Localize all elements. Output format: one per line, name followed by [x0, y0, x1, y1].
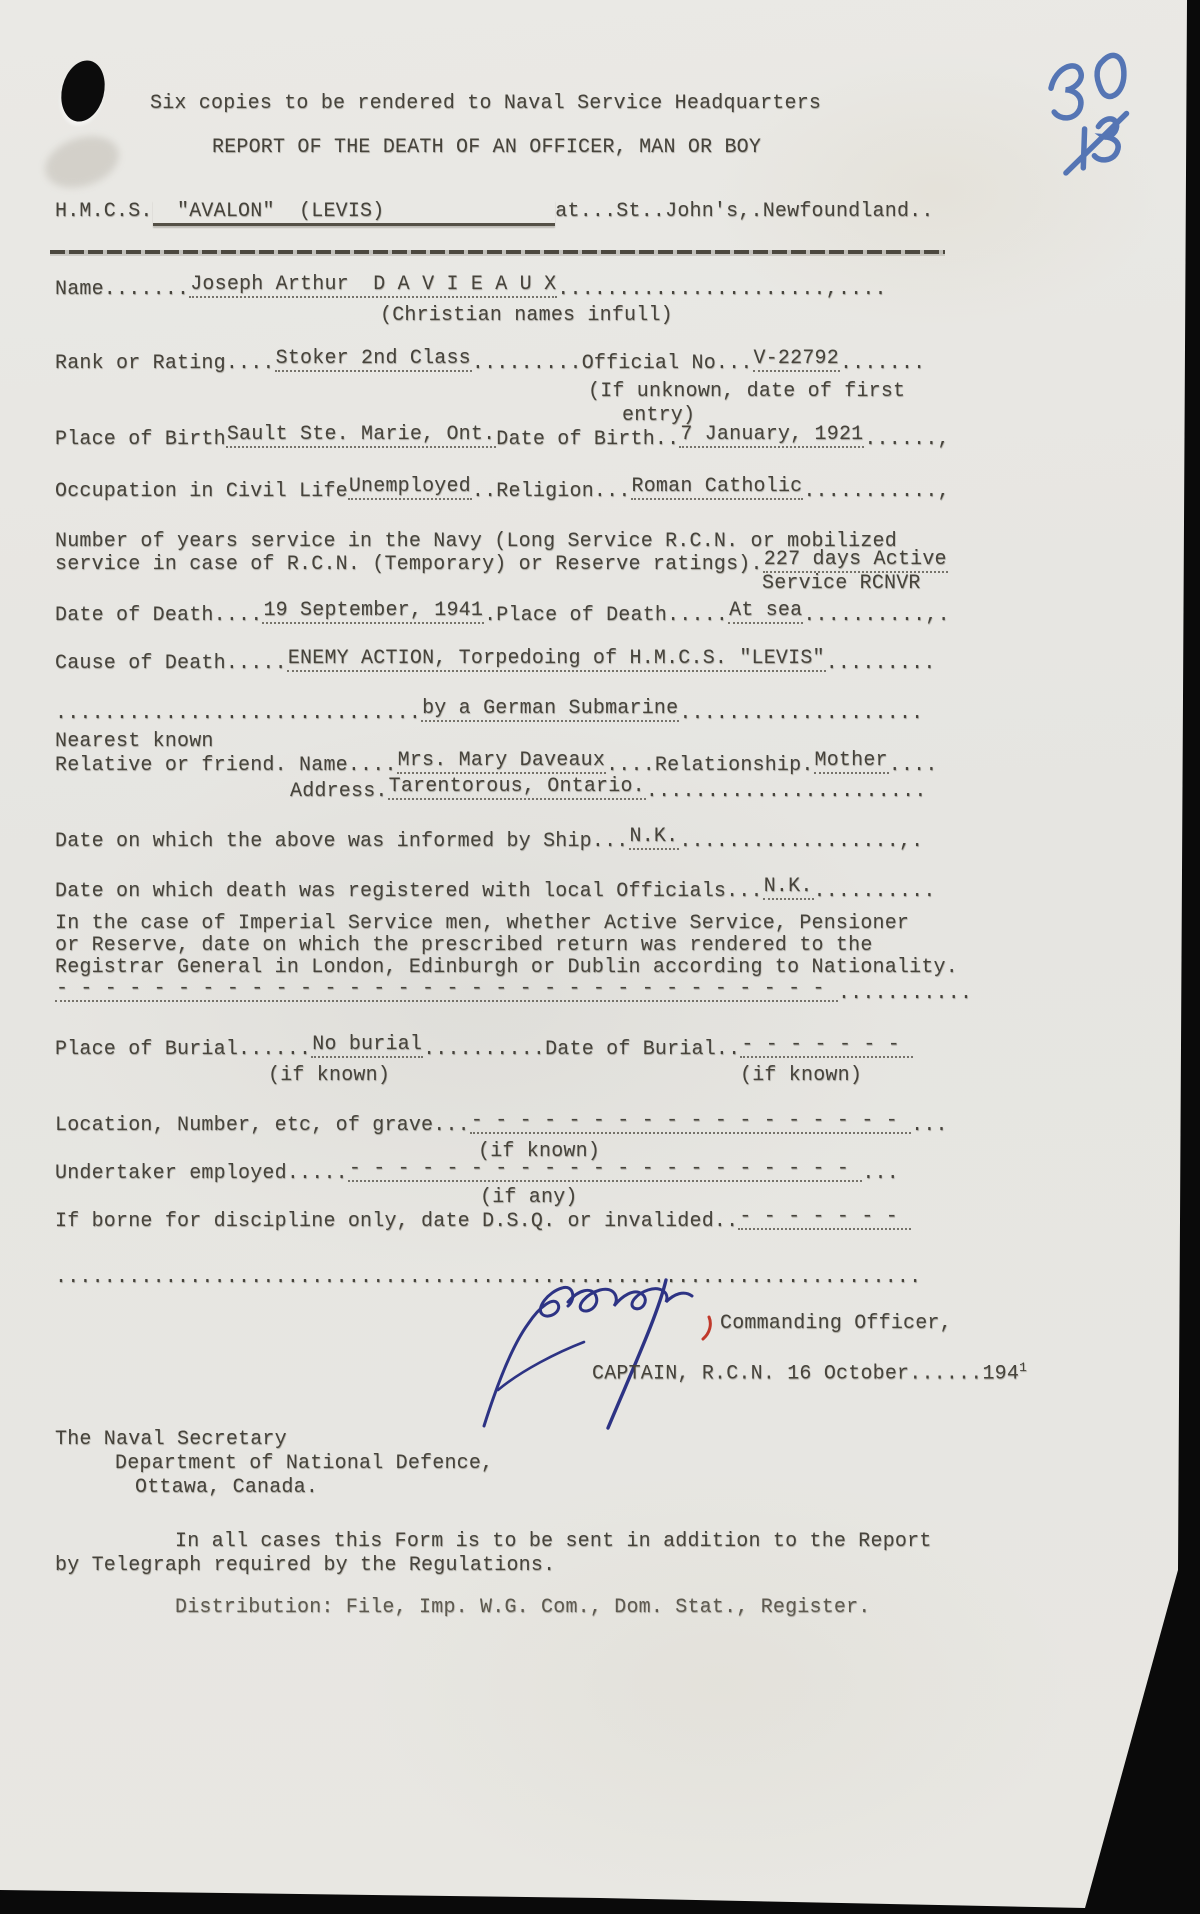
- field-cause: Cause of Death.....ENEMY ACTION, Torpedo…: [55, 652, 936, 676]
- field-birth: Place of BirthSault Ste. Marie, Ont.Date…: [55, 428, 950, 452]
- imperial-line1: In the case of Imperial Service men, whe…: [55, 912, 909, 936]
- cause-dots: .........: [826, 652, 936, 675]
- burial-note-left: (if known): [268, 1064, 390, 1088]
- rank-dots: .......: [840, 352, 925, 375]
- field-cause-line2: ..............................by a Germa…: [55, 702, 923, 726]
- address-value: Tarentorous, Ontario.: [388, 775, 646, 800]
- undertaker-dots: ...: [862, 1162, 899, 1185]
- name-note: (Christian names infull): [380, 304, 673, 328]
- discipline-value: - - - - - - -: [738, 1205, 911, 1230]
- official-no-label: .........Official No...: [472, 352, 753, 375]
- imperial-line2-text: or Reserve, date on which the prescribed…: [55, 934, 873, 957]
- imperial-dots: ...........: [838, 982, 972, 1005]
- occupation-dots: ...........,: [803, 480, 949, 503]
- ship-name: "AVALON" (LEVIS): [153, 200, 556, 226]
- footer-paragraph-1-text: In all cases this Form is to be sent in …: [175, 1530, 932, 1553]
- field-registered: Date on which death was registered with …: [55, 880, 936, 904]
- commanding-officer-text: Commanding Officer,: [720, 1312, 952, 1335]
- imperial-line2: or Reserve, date on which the prescribed…: [55, 934, 873, 958]
- footer-paragraph-2-text: by Telegraph required by the Regulations…: [55, 1554, 555, 1577]
- cause2-dots: ....................: [679, 702, 923, 725]
- grave-label: Location, Number, etc, of grave...: [55, 1114, 470, 1137]
- rank-value: Stoker 2nd Class: [275, 347, 472, 372]
- field-ship: H.M.C.S. "AVALON" (LEVIS) at...St..John'…: [55, 200, 934, 224]
- service-value2: Service RCNVR: [762, 572, 921, 595]
- imperial-dashes: - - - - - - - - - - - - - - - - - - - - …: [55, 977, 838, 1002]
- red-comma-mark: [700, 1315, 714, 1341]
- paper-sheet: Six copies to be rendered to Naval Servi…: [0, 0, 1200, 1914]
- field-informed: Date on which the above was informed by …: [55, 830, 923, 854]
- grave-value: - - - - - - - - - - - - - - - - - -: [470, 1109, 911, 1134]
- document-title: REPORT OF THE DEATH OF AN OFFICER, MAN O…: [212, 136, 761, 160]
- digit-0: [1094, 54, 1128, 98]
- paper-smudge: [38, 127, 125, 196]
- field-occupation: Occupation in Civil LifeUnemployed..Reli…: [55, 480, 950, 504]
- field-death: Date of Death....19 September, 1941.Plac…: [55, 604, 950, 628]
- divider-rule: [50, 250, 945, 254]
- birth-place-value: Sault Ste. Marie, Ont.: [226, 423, 496, 448]
- distribution-text: Distribution: File, Imp. W.G. Com., Dom.…: [175, 1596, 871, 1619]
- field-service-line3: Service RCNVR: [762, 572, 921, 596]
- imperial-line3-text: Registrar General in London, Edinburgh o…: [55, 956, 958, 979]
- scanned-document: Six copies to be rendered to Naval Servi…: [0, 0, 1200, 1914]
- name-label: Name.......: [55, 278, 189, 301]
- name-dots: ......................,....: [557, 278, 886, 301]
- birth-date-label: Date of Birth..: [496, 428, 679, 451]
- burial-date-label: Date of Burial..: [545, 1038, 740, 1061]
- strike-through: [1058, 113, 1135, 172]
- relationship-label: ....Relationship.: [606, 754, 813, 777]
- death-date-value: 19 September, 1941: [262, 599, 484, 624]
- field-name: Name.......Joseph Arthur D A V I E A U X…: [55, 278, 887, 302]
- ship-label: H.M.C.S.: [55, 200, 153, 223]
- relationship-value: Mother: [814, 749, 889, 774]
- captain-line-text: CAPTAIN, R.C.N. 16 October......194: [592, 1363, 1019, 1386]
- informed-dots: ..................,.: [679, 830, 923, 853]
- field-address: Address.Tarentorous, Ontario............…: [290, 780, 927, 804]
- death-date-label: Date of Death....: [55, 604, 262, 627]
- document-title-text: REPORT OF THE DEATH OF AN OFFICER, MAN O…: [212, 136, 761, 159]
- burial-date-value: - - - - - - -: [740, 1033, 913, 1058]
- field-rank: Rank or Rating....Stoker 2nd Class......…: [55, 352, 925, 376]
- official-no-value: V-22792: [753, 347, 840, 372]
- cause-value: ENEMY ACTION, Torpedoing of H.M.C.S. "LE…: [287, 647, 826, 672]
- commanding-officer-label: Commanding Officer,: [720, 1312, 952, 1336]
- informed-value: N.K.: [629, 825, 680, 850]
- birth-date-value: 7 January, 1921: [679, 423, 864, 448]
- burial-note-right-text: (if known): [740, 1064, 862, 1087]
- digit-3: [1047, 64, 1088, 120]
- punch-hole: [55, 56, 111, 126]
- field-undertaker: Undertaker employed.....- - - - - - - - …: [55, 1162, 899, 1186]
- footer-paragraph-2: by Telegraph required by the Regulations…: [55, 1554, 555, 1578]
- rank-label: Rank or Rating....: [55, 352, 275, 375]
- discipline-label: If borne for discipline only, date D.S.Q…: [55, 1210, 738, 1233]
- cause2-lead-dots: ..............................: [55, 702, 421, 725]
- captain-year-superscript: 1: [1019, 1360, 1027, 1375]
- commanding-officer-signature: [462, 1240, 712, 1435]
- handwritten-page-number: [1025, 42, 1175, 177]
- name-note-text: (Christian names infull): [380, 304, 673, 327]
- registered-label: Date on which death was registered with …: [55, 880, 763, 903]
- birth-dots: ......,: [864, 428, 949, 451]
- registered-value: N.K.: [763, 875, 814, 900]
- footer-addressee-2: Department of National Defence,: [115, 1452, 493, 1476]
- relative-name-value: Mrs. Mary Daveaux: [397, 749, 606, 774]
- captain-line: CAPTAIN, R.C.N. 16 October......1941: [592, 1356, 1027, 1387]
- registered-dots: ..........: [814, 880, 936, 903]
- field-grave: Location, Number, etc, of grave...- - - …: [55, 1114, 948, 1138]
- footer-addressee-1: The Naval Secretary: [55, 1428, 287, 1452]
- cause-label: Cause of Death.....: [55, 652, 287, 675]
- address-label: Address.: [290, 780, 388, 803]
- service-value: 227 days Active: [763, 548, 948, 573]
- address-dots: .......................: [646, 780, 927, 803]
- footer-addressee-1-text: The Naval Secretary: [55, 1428, 287, 1451]
- grave-dots: ...: [911, 1114, 948, 1137]
- footer-addressee-2-text: Department of National Defence,: [115, 1452, 493, 1475]
- field-burial: Place of Burial......No burial..........…: [55, 1038, 913, 1062]
- name-value: Joseph Arthur D A V I E A U X: [189, 273, 557, 298]
- rank-note-1: (If unknown, date of first: [588, 380, 905, 404]
- religion-value: Roman Catholic: [631, 475, 804, 500]
- footer-addressee-3-text: Ottawa, Canada.: [135, 1476, 318, 1499]
- death-dots: ..........,.: [803, 604, 949, 627]
- religion-label: ..Religion...: [472, 480, 631, 503]
- burial-place-value: No burial: [311, 1033, 423, 1058]
- distribution-line: Distribution: File, Imp. W.G. Com., Dom.…: [175, 1596, 871, 1620]
- undertaker-value: - - - - - - - - - - - - - - - - - - - - …: [348, 1157, 862, 1182]
- burial-note-right: (if known): [740, 1064, 862, 1088]
- footer-paragraph-1: In all cases this Form is to be sent in …: [175, 1530, 932, 1554]
- birth-place-label: Place of Birth: [55, 428, 226, 451]
- header-note: Six copies to be rendered to Naval Servi…: [150, 92, 821, 116]
- imperial-dash-line: - - - - - - - - - - - - - - - - - - - - …: [55, 982, 972, 1006]
- occupation-value: Unemployed: [348, 475, 472, 500]
- header-note-text: Six copies to be rendered to Naval Servi…: [150, 92, 821, 115]
- burial-mid-dots: ..........: [423, 1038, 545, 1061]
- death-place-value: At sea: [728, 599, 803, 624]
- death-place-label: .Place of Death.....: [484, 604, 728, 627]
- nearest-known-text: Nearest known: [55, 730, 214, 753]
- occupation-label: Occupation in Civil Life: [55, 480, 348, 503]
- ship-at-location: at...St..John's,.Newfoundland..: [555, 200, 933, 223]
- burial-note-left-text: (if known): [268, 1064, 390, 1087]
- footer-addressee-3: Ottawa, Canada.: [135, 1476, 318, 1500]
- informed-label: Date on which the above was informed by …: [55, 830, 629, 853]
- relative-label: Relative or friend. Name....: [55, 754, 397, 777]
- burial-place-label: Place of Burial......: [55, 1038, 311, 1061]
- nearest-known-label: Nearest known: [55, 730, 214, 754]
- rank-note-1-text: (If unknown, date of first: [588, 380, 905, 403]
- cause2-value: by a German Submarine: [421, 697, 679, 722]
- undertaker-label: Undertaker employed.....: [55, 1162, 348, 1185]
- service-line2-text: service in case of R.C.N. (Temporary) or…: [55, 553, 763, 576]
- undertaker-note: (if any): [480, 1186, 578, 1210]
- field-discipline: If borne for discipline only, date D.S.Q…: [55, 1210, 911, 1234]
- undertaker-note-text: (if any): [480, 1186, 578, 1209]
- imperial-line1-text: In the case of Imperial Service men, whe…: [55, 912, 909, 935]
- relative-dots: ....: [889, 754, 938, 777]
